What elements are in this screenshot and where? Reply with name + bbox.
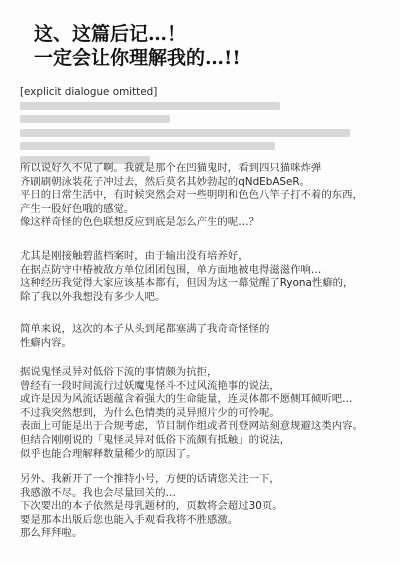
text-line: 那么拜拜啦。: [20, 527, 390, 541]
text-line: 但结合刚刚说的「鬼怪灵异对低俗下流颇有抵触」的说法，: [20, 434, 390, 448]
afterword-page: 这、这篇后记…！ 一定会让你理解我的…!! [explicit dialogue…: [0, 0, 400, 565]
text-line: 表面上可能是出于合规考虑，节目制作组或者刊登网站刻意规避这类内容。: [20, 420, 390, 434]
text-line: 齐刷刷朝泳装花子冲过去，然后莫名其妙勃起的qNdEbASeR。: [20, 176, 390, 190]
text-line: 要是那本出版后您也能入手观看我将不胜感激。: [20, 514, 390, 528]
text-line: 产生一股好色哦的感觉。: [20, 203, 390, 217]
omitted-line: [20, 129, 350, 137]
text-line: 下次要出的本子依然是母乳题材的，页数将会超过30页。: [20, 500, 390, 514]
text-line: 除了我以外我想没有多少人吧。: [20, 291, 390, 305]
text-line: 尤其是刚接触碧蓝档案时，由于输出没有培养好，: [20, 250, 390, 264]
text-line: 简单来说，这次的本子从头到尾都塞满了我奇奇怪怪的: [20, 323, 390, 337]
text-line: 我感激不尽。我也会尽量回关的…: [20, 487, 390, 501]
paragraph-4: 据说鬼怪灵异对低俗下流的事情颇为抗拒，曾经有一段时间流行过妖魔鬼怪斗不过风流艳事…: [20, 366, 390, 461]
text-line: 不过我突然想到，为什么色情类的灵异照片少的可怜呢。: [20, 407, 390, 421]
omitted-line: [20, 142, 275, 150]
text-line: 像这样奇怪的色色联想反应到底是怎么产生的呢…？: [20, 216, 390, 230]
text-line: 性癖内容。: [20, 337, 390, 351]
text-line: 或许是因为风流话题蕴含着强大的生命能量，连灵体都不愿侧耳倾听吧…: [20, 393, 390, 407]
omitted-line: [20, 115, 170, 123]
text-line: 在据点防守中椿被敌方单位团团包围，单方面地被电得滋滋作响…: [20, 264, 390, 278]
dialogue-block-omitted: [explicit dialogue omitted]: [20, 86, 390, 168]
text-line: 平日的日常生活中，有时候突然会对一些明明和色色八竿子打不着的东西，: [20, 189, 390, 203]
page-title: 这、这篇后记…！ 一定会让你理解我的…!!: [34, 22, 241, 70]
text-line: 这种经历我觉得大家应该基本都有，但因为这一幕觉醒了Ryona性癖的，: [20, 277, 390, 291]
title-line-1: 这、这篇后记…！: [34, 22, 241, 46]
paragraph-1: 所以说好久不见了啊。我就是那个在凹猫鬼时，看到四只猫咪炸弹齐刷刷朝泳装花子冲过去…: [20, 162, 390, 230]
paragraph-2: 尤其是刚接触碧蓝档案时，由于输出没有培养好，在据点防守中椿被敌方单位团团包围，单…: [20, 250, 390, 304]
text-line: 似乎也能合理解释数量稀少的原因了。: [20, 448, 390, 462]
paragraph-3: 简单来说，这次的本子从头到尾都塞满了我奇奇怪怪的性癖内容。: [20, 323, 390, 350]
title-line-2: 一定会让你理解我的…!!: [34, 46, 241, 70]
omitted-note: [explicit dialogue omitted]: [20, 86, 390, 100]
text-line: 另外、我新开了一个推特小号，方便的话请您关注一下，: [20, 473, 390, 487]
omitted-line: [20, 102, 280, 110]
text-line: 据说鬼怪灵异对低俗下流的事情颇为抗拒，: [20, 366, 390, 380]
paragraph-5: 另外、我新开了一个推特小号，方便的话请您关注一下，我感激不尽。我也会尽量回关的……: [20, 473, 390, 541]
text-line: 所以说好久不见了啊。我就是那个在凹猫鬼时，看到四只猫咪炸弹: [20, 162, 390, 176]
text-line: 曾经有一段时间流行过妖魔鬼怪斗不过风流艳事的说法，: [20, 380, 390, 394]
